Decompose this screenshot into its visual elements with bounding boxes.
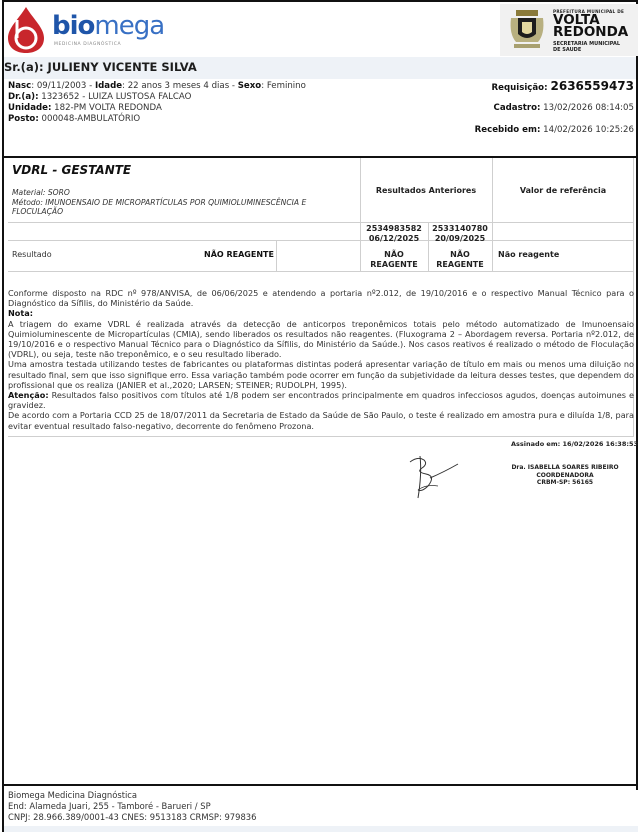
reference-value: Não reagente [498,250,559,259]
frame-right-border [636,0,638,790]
city-crest-icon [508,8,546,52]
exam-result-table: VDRL - GESTANTE Material: SORO Método: I… [8,158,634,272]
notes-paragraph-3: De acordo com a Portaria CCD 25 de 18/07… [8,410,634,430]
biomega-tagline: MEDICINA DIAGNÓSTICA [54,42,121,47]
exam-method: Método: IMUNOENSAIO DE MICROPARTÍCULAS P… [12,198,352,217]
biomega-wordmark: biomega [52,13,164,39]
frame-left-border [2,0,4,832]
exam-meta: Material: SORO Método: IMUNOENSAIO DE MI… [12,188,352,217]
request-number: Requisição: 2636559473 [492,79,634,93]
notes-attention: Atenção: Resultados falso positivos com … [8,390,634,410]
notes-bottom-border [8,436,634,437]
patient-name: Sr.(a): JULIENY VICENTE SILVA [4,60,197,74]
notes-label: Nota: [8,308,33,318]
footer-registry: CNPJ: 28.966.389/0001-43 CNES: 9513183 C… [8,812,256,823]
notes-paragraph-2: Uma amostra testada utilizando testes de… [8,359,634,390]
signed-at: Assinado em: 16/02/2026 16:38:53 [511,440,638,448]
reference-header: Valor de referência [492,186,634,195]
signer-block: Dra. ISABELLA SOARES RIBEIRO COORDENADOR… [510,464,620,487]
previous-result-value: NÃO REAGENTE [428,250,492,270]
footer-separator [4,784,638,786]
biomega-logo: biomega MEDICINA DIAGNÓSTICA [6,4,146,54]
municipal-department: SECRETARIA MUNICIPAL DE SAUDE [553,41,620,53]
biomega-drop-icon [6,6,46,54]
result-value: NÃO REAGENTE [204,250,274,259]
patient-unit: Unidade: 182-PM VOLTA REDONDA [8,103,162,113]
report-footer: Biomega Medicina Diagnóstica End: Alamed… [8,790,256,823]
signer-name: Dra. ISABELLA SOARES RIBEIRO [510,464,620,472]
previous-results-header: Resultados Anteriores [360,186,492,195]
signature-icon [404,450,464,502]
signer-role: COORDENADORA [510,472,620,480]
signer-registry: CRBM-SP: 56165 [510,479,620,487]
received-date: Recebido em: 14/02/2026 10:25:26 [475,125,634,135]
footer-company: Biomega Medicina Diagnóstica [8,790,256,801]
footer-band [4,826,638,832]
patient-doctor: Dr.(a): 1323652 - LUIZA LUSTOSA FALCAO [8,92,191,102]
notes-paragraph-1: A triagem do exame VDRL é realizada atra… [8,319,634,360]
lab-report-page: biomega MEDICINA DIAGNÓSTICA PREFEITURA … [0,0,642,832]
notes-intro: Conforme disposto na RDC nº 978/ANVISA, … [8,288,634,308]
result-label: Resultado [12,250,52,259]
report-header: biomega MEDICINA DIAGNÓSTICA PREFEITURA … [4,2,636,57]
exam-title: VDRL - GESTANTE [12,163,131,177]
patient-demographics: Nasc: 09/11/2003 - Idade: 22 anos 3 mese… [8,81,306,91]
footer-address: End: Alameda Juari, 255 - Tamboré - Baru… [8,801,256,812]
report-notes: Conforme disposto na RDC nº 978/ANVISA, … [8,288,634,431]
previous-result-id: 2533140780 20/09/2025 [428,224,492,244]
municipal-city-name: VOLTA REDONDA [553,14,628,38]
exam-material: Material: SORO [12,188,352,198]
registered-date: Cadastro: 13/02/2026 08:14:05 [494,103,634,113]
previous-result-value: NÃO REAGENTE [360,250,428,270]
municipal-logo: PREFEITURA MUNICIPAL DE VOLTA REDONDA SE… [500,4,638,56]
previous-result-id: 2534983582 06/12/2025 [360,224,428,244]
patient-post: Posto: 000048-AMBULATÓRIO [8,114,140,124]
